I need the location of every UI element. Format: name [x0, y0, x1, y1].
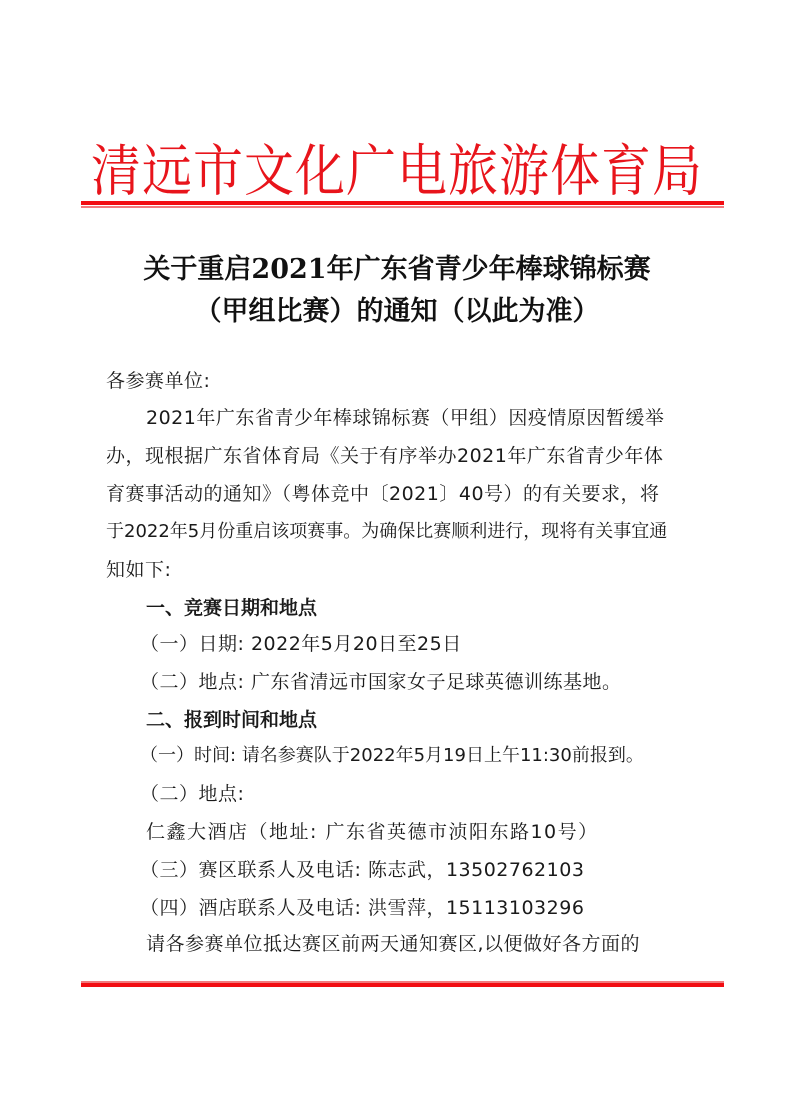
- section-heading: 一、竞赛日期和地点: [146, 595, 317, 621]
- header-rule-thin: [81, 206, 724, 208]
- section-item: （二）地点: 广东省清远市国家女子足球英德训练基地。: [140, 669, 621, 695]
- header-rule-thick: [81, 201, 724, 205]
- intro-line: 2021年广东省青少年棒球锦标赛（甲组）因疫情原因暂缓举: [146, 405, 664, 431]
- section-item: （二）地点:: [140, 781, 244, 807]
- intro-line: 知如下:: [106, 557, 171, 583]
- salutation: 各参赛单位:: [106, 368, 210, 394]
- section-item: （一）时间: 请名参赛队于2022年5月19日上午11:30前报到。: [140, 743, 644, 769]
- title-line-2: （甲组比赛）的通知（以此为准）: [0, 292, 794, 332]
- section-item: 仁鑫大酒店（地址: 广东省英德市浈阳东路10号）: [146, 819, 599, 845]
- section-item: （一）日期: 2022年5月20日至25日: [140, 631, 462, 657]
- organization-name: 清远市文化广电旅游体育局: [0, 138, 794, 205]
- title-line-1: 关于重启2021年广东省青少年棒球锦标赛: [0, 250, 794, 290]
- intro-line: 办，现根据广东省体育局《关于有序举办2021年广东省青少年体: [106, 443, 663, 469]
- intro-line: 于2022年5月份重启该项赛事。为确保比赛顺利进行，现将有关事宜通: [106, 519, 667, 545]
- intro-line: 育赛事活动的通知》（粤体竞中〔2021〕40号）的有关要求，将: [106, 481, 660, 507]
- section-item: （三）赛区联系人及电话: 陈志武，13502762103: [140, 857, 584, 883]
- closing-line: 请各参赛单位抵达赛区前两天通知赛区,以便做好各方面的: [146, 931, 640, 957]
- footer-rule-thick: [81, 983, 724, 987]
- section-heading: 二、报到时间和地点: [146, 707, 317, 733]
- section-item: （四）酒店联系人及电话: 洪雪萍，15113103296: [140, 895, 584, 921]
